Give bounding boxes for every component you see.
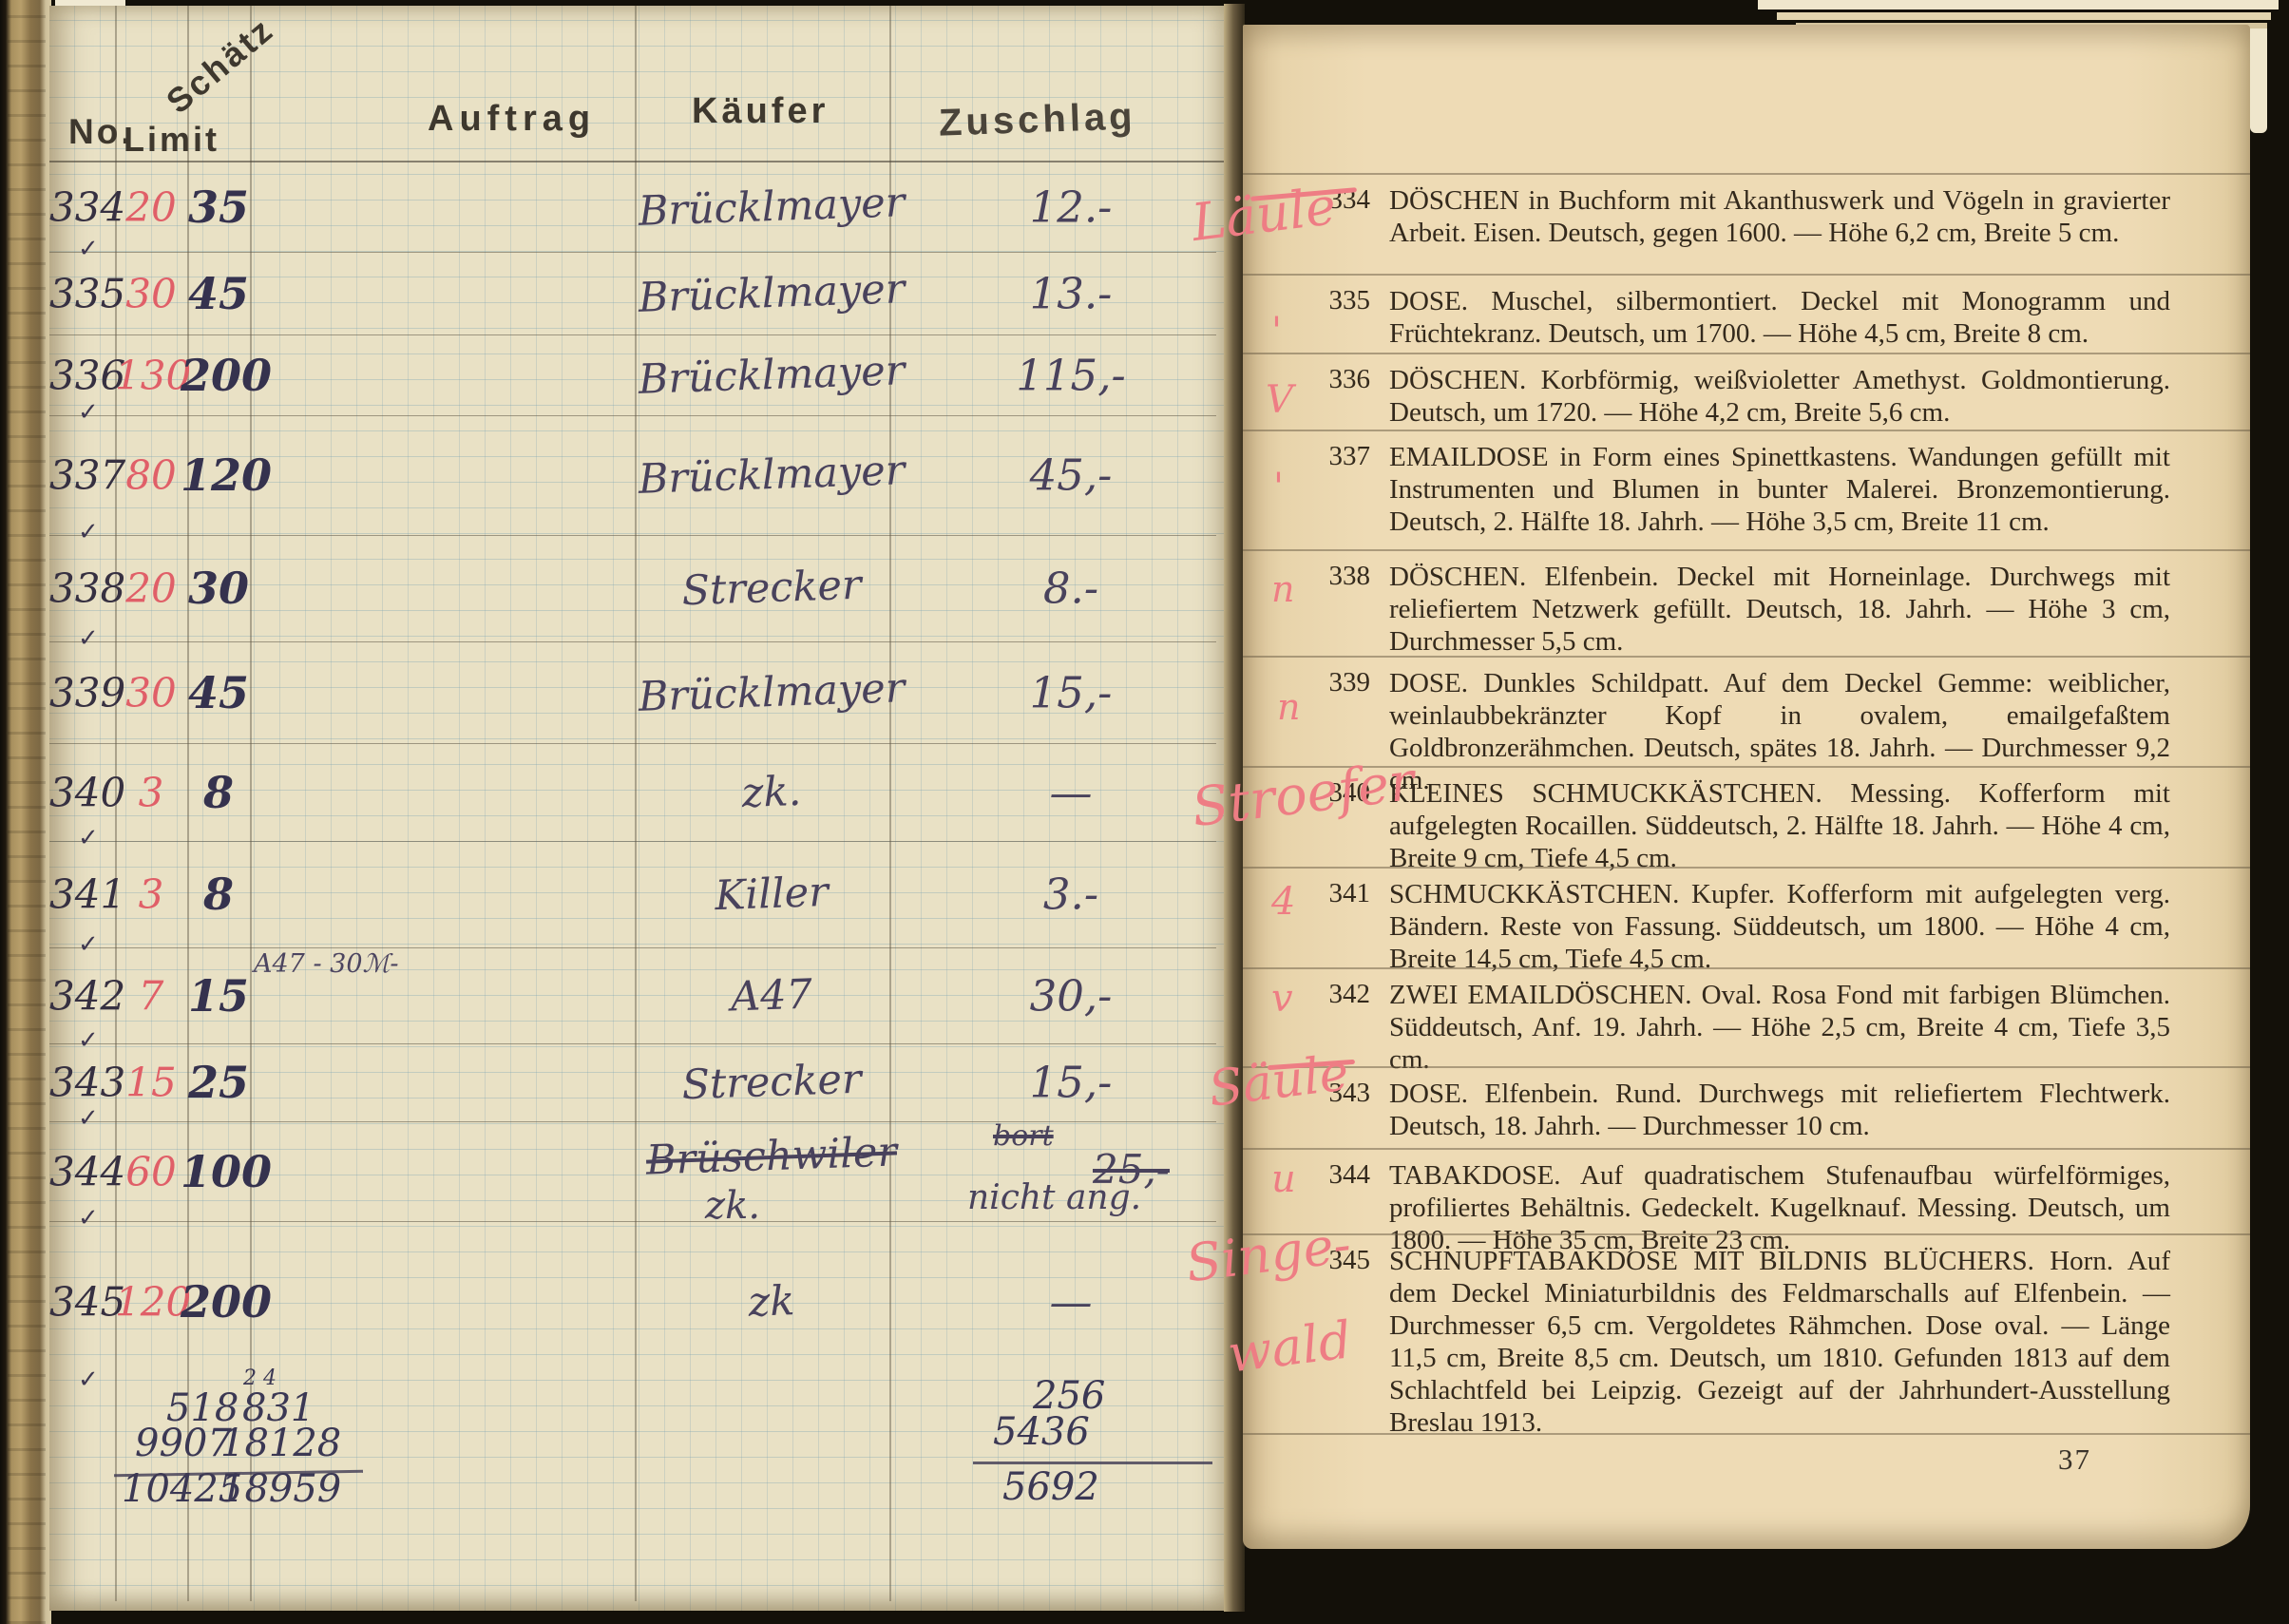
catalog-lot-number: 335: [1317, 285, 1370, 350]
margin-tick: v: [1271, 977, 1293, 1021]
tally-check-mark: ✓: [78, 624, 99, 653]
tally-check-mark: ✓: [78, 1026, 99, 1055]
catalog-lot-description: DÖSCHEN. Korbförmig, weißvioletter Ameth…: [1389, 364, 2170, 429]
catalog-entry-335: 335 DOSE. Muschel, silbermontiert. Decke…: [1243, 274, 2250, 350]
lot-no-handwritten: 338: [49, 565, 116, 612]
hammer-price: 30,-: [952, 970, 1190, 1021]
estimate-value: 35: [181, 182, 257, 233]
book-photo: No. Limit Schätz Auftrag Käufer Zuschlag…: [0, 0, 2289, 1624]
catalog-lot-description: DOSE. Elfenbein. Rund. Durchwegs mit rel…: [1389, 1078, 2170, 1142]
lot-no-handwritten: 340: [49, 769, 116, 815]
hammer-price: 45,-: [952, 450, 1190, 501]
ledger-page: No. Limit Schätz Auftrag Käufer Zuschlag…: [49, 6, 1228, 1611]
limit-subtotal: 9907: [135, 1422, 232, 1465]
tally-check-mark: ✓: [78, 824, 99, 852]
estimate-value: 30: [181, 563, 257, 614]
buyer-name: Strecker: [619, 559, 925, 617]
estimate-value: 100: [181, 1146, 257, 1197]
sum-rule: [973, 1462, 1212, 1464]
hammer-price: —: [952, 767, 1190, 817]
margin-tick: ': [1273, 466, 1284, 509]
lot-no-handwritten: 343: [49, 1060, 116, 1106]
order-note: A47 - 30ℳ-: [254, 949, 399, 979]
ledger-row-334: 334 ✓ 20 35 Brücklmayer 12.-: [49, 162, 1216, 253]
estimate-value: 25: [181, 1057, 257, 1108]
entry-separator: [1243, 1433, 2250, 1435]
catalog-entry-345: 345 SCHNUPFTABAKDOSE MIT BILDNIS BLÜCHER…: [1243, 1233, 2250, 1439]
catalog-lot-number: 337: [1317, 441, 1370, 538]
catalog-lot-description: SCHNUPFTABAKDOSE MIT BILDNIS BLÜCHERS. H…: [1389, 1245, 2170, 1439]
lot-no-handwritten: 344: [49, 1148, 116, 1194]
estimate-value: 200: [181, 1276, 257, 1328]
buyer-name: zk.: [619, 763, 925, 821]
tally-check-mark: ✓: [78, 1366, 99, 1394]
limit-value: 80: [115, 452, 187, 499]
limit-value: 3: [115, 769, 187, 815]
hammer-price: 3.-: [952, 869, 1190, 920]
catalog-lot-description: KLEINES SCHMUCKKÄSTCHEN. Messing. Koffer…: [1389, 777, 2170, 874]
catalog-lot-number: 336: [1317, 364, 1370, 429]
limit-value: 15: [115, 1060, 187, 1106]
price-subtotal: 5436: [993, 1410, 1090, 1454]
buyer-name: A47: [619, 966, 925, 1024]
margin-tick: u: [1271, 1157, 1296, 1201]
catalog-lot-description: DÖSCHEN. Elfenbein. Deckel mit Horneinla…: [1389, 561, 2170, 658]
estimate-value: 8: [181, 869, 257, 920]
lot-no-handwritten: 336: [49, 352, 116, 398]
catalog-lot-description: ZWEI EMAILDÖSCHEN. Oval. Rosa Fond mit f…: [1389, 979, 2170, 1076]
hammer-price: 12.-: [952, 182, 1190, 232]
lot-no-handwritten: 345: [49, 1279, 116, 1326]
catalog-lot-description: DOSE. Muschel, silbermontiert. Deckel mi…: [1389, 285, 2170, 350]
margin-tick: V: [1266, 378, 1293, 422]
estimate-subtotal: 18128: [220, 1422, 341, 1465]
limit-value: 120: [115, 1279, 187, 1326]
estimate-value: 45: [181, 667, 257, 718]
ledger-row-336: 336 ✓ 130 200 Brücklmayer 115,-: [49, 334, 1216, 416]
page-edge-stack: [1758, 0, 2279, 10]
catalog-lot-description: EMAILDOSE in Form eines Spinettkastens. …: [1389, 441, 2170, 538]
column-header-zuschlag: Zuschlag: [938, 95, 1136, 144]
hammer-price: 115,-: [952, 350, 1190, 400]
catalog-entry-341: 341 SCHMUCKKÄSTCHEN. Kupfer. Kofferform …: [1243, 867, 2250, 975]
buyer-name: Brücklmayer: [619, 264, 925, 322]
ledger-row-342: 342 ✓ 7 15 A47 - 30ℳ- A47 30,-: [49, 947, 1216, 1044]
buyer-name: Brücklmayer: [619, 446, 925, 504]
column-header-limit: Limit: [124, 120, 219, 160]
lot-no-handwritten: 337: [49, 452, 116, 499]
page-edge-stack: [1777, 12, 2271, 20]
buyer-name: Killer: [619, 865, 925, 923]
margin-tick: ': [1271, 310, 1282, 353]
ledger-row-340: 340 ✓ 3 8 zk. —: [49, 743, 1216, 842]
spine-texture: [8, 0, 46, 1624]
tally-check-mark: ✓: [78, 1204, 99, 1232]
limit-value: 30: [115, 270, 187, 316]
lot-no-handwritten: 341: [49, 871, 116, 918]
hammer-price: —: [952, 1277, 1190, 1328]
catalog-entry-334: 334 DÖSCHEN in Buchform mit Akanthuswerk…: [1243, 173, 2250, 249]
catalog-lot-description: SCHMUCKKÄSTCHEN. Kupfer. Kofferform mit …: [1389, 878, 2170, 975]
estimate-value: 8: [181, 767, 257, 818]
buyer-name: Brücklmayer: [619, 178, 925, 236]
estimate-value: 120: [181, 449, 257, 501]
ledger-row-343: 343 ✓ 15 25 Strecker 15,-: [49, 1043, 1216, 1122]
tally-check-mark: ✓: [78, 518, 99, 546]
catalog-entry-336: 336 DÖSCHEN. Korbförmig, weißvioletter A…: [1243, 353, 2250, 429]
limit-value: 60: [115, 1148, 187, 1194]
not-accepted-note: nicht ang.: [967, 1178, 1141, 1217]
catalog-lot-description: DÖSCHEN in Buchform mit Akanthuswerk und…: [1389, 184, 2170, 249]
ledger-row-345: 345 ✓ 120 200 zk —: [49, 1221, 1216, 1383]
column-header-auftrag: Auftrag: [428, 99, 596, 140]
price-note-crossed-out: bort: [993, 1119, 1054, 1153]
ledger-row-344: 344 ✓ 60 100 Brüschwiler zk. bort 25,- n…: [49, 1121, 1216, 1222]
limit-value: 20: [115, 183, 187, 230]
buyer-name: Brücklmayer: [619, 346, 925, 404]
catalog-entry-342: 342 ZWEI EMAILDÖSCHEN. Oval. Rosa Fond m…: [1243, 967, 2250, 1076]
margin-tick: n: [1277, 686, 1300, 728]
column-header-schatz: Schätz: [159, 10, 282, 122]
catalog-page: 334 DÖSCHEN in Buchform mit Akanthuswerk…: [1243, 25, 2250, 1549]
ledger-row-338: 338 ✓ 20 30 Strecker 8.-: [49, 535, 1216, 642]
limit-value: 20: [115, 565, 187, 612]
limit-value: 130: [115, 352, 187, 398]
lot-no-handwritten: 334: [49, 183, 116, 230]
page-edge-sliver: [2250, 29, 2267, 133]
tally-check-mark: ✓: [78, 235, 99, 263]
ledger-row-339: 339 30 45 Brücklmayer 15,-: [49, 641, 1216, 744]
lot-no-handwritten: 339: [49, 669, 116, 716]
margin-tick: n: [1271, 568, 1294, 610]
catalog-lot-number: 338: [1317, 561, 1370, 658]
margin-tick: 4: [1271, 880, 1295, 924]
estimate-value: 45: [181, 268, 257, 319]
lot-no-handwritten: 335: [49, 270, 116, 316]
ledger-row-341: 341 ✓ 3 8 Killer 3.-: [49, 841, 1216, 948]
buyer-name: Strecker: [619, 1053, 925, 1111]
catalog-lot-number: 341: [1317, 878, 1370, 975]
limit-value: 7: [115, 972, 187, 1019]
catalog-entry-337: 337 EMAILDOSE in Form eines Spinettkaste…: [1243, 430, 2250, 538]
hammer-price: 15,-: [952, 667, 1190, 717]
catalog-entry-338: 338 DÖSCHEN. Elfenbein. Deckel mit Horne…: [1243, 549, 2250, 658]
tally-check-mark: ✓: [78, 398, 99, 427]
limit-value: 30: [115, 669, 187, 716]
ledger-row-335: 335 30 45 Brücklmayer 13.-: [49, 252, 1216, 335]
catalog-entry-343: 343 DOSE. Elfenbein. Rund. Durchwegs mit…: [1243, 1066, 2250, 1142]
lot-no-handwritten: 342: [49, 972, 116, 1019]
estimate-value: 200: [181, 350, 257, 401]
buyer-name: zk: [619, 1272, 925, 1330]
page-number: 37: [2058, 1442, 2091, 1477]
estimate-value: 15: [181, 970, 257, 1022]
hammer-price: 15,-: [952, 1058, 1190, 1108]
buyer-name: Brücklmayer: [619, 663, 925, 721]
column-header-kaufer: Käufer: [692, 91, 829, 132]
tally-check-mark: ✓: [78, 930, 99, 959]
limit-value: 3: [115, 871, 187, 918]
hammer-price: 13.-: [952, 268, 1190, 318]
ledger-row-337: 337 ✓ 80 120 Brücklmayer 45,-: [49, 415, 1216, 536]
buyer-name-crossed-out: Brüschwiler: [619, 1127, 925, 1185]
price-total: 5692: [1002, 1465, 1099, 1509]
hammer-price: 8.-: [952, 564, 1190, 614]
tally-check-mark: ✓: [78, 1104, 99, 1133]
